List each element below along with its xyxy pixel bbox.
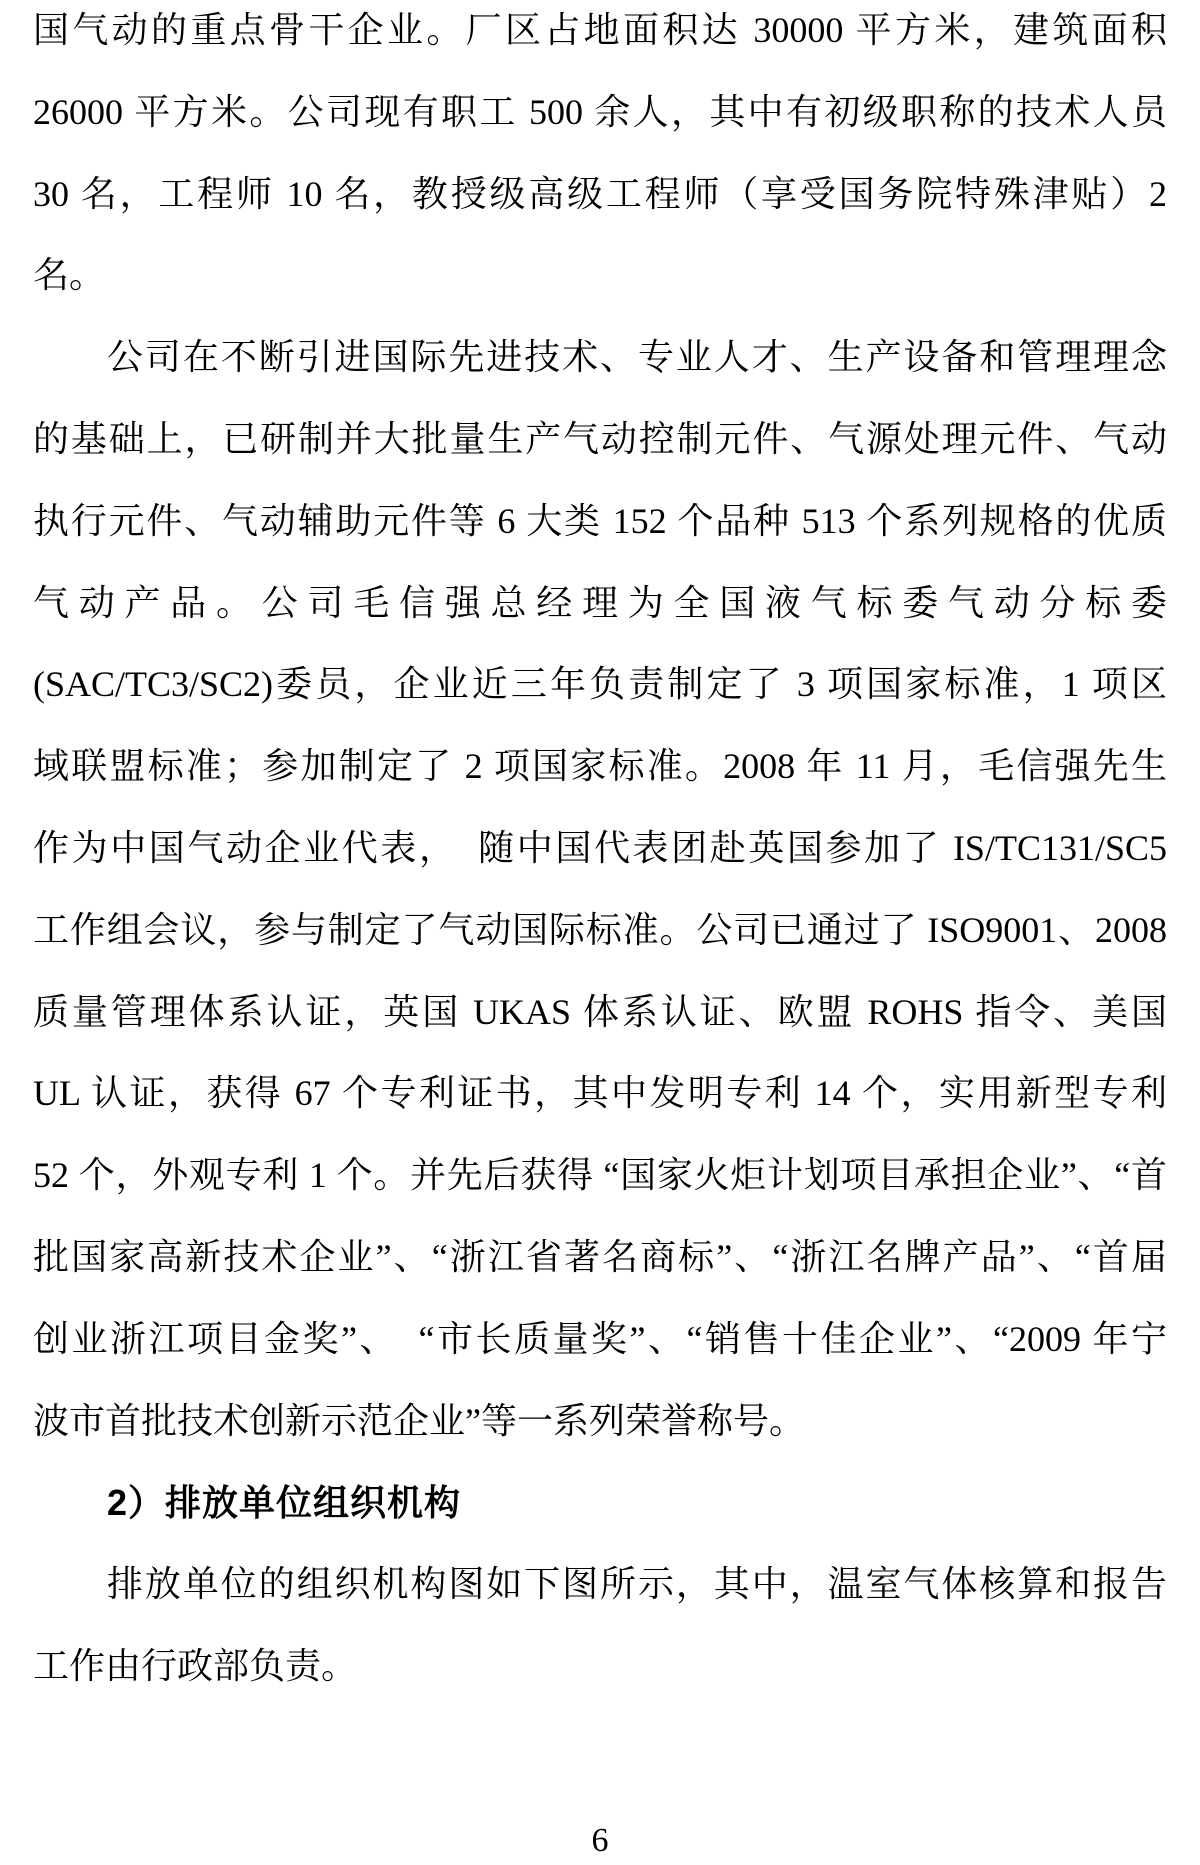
text-line: 26000 平方米。公司现有职工 500 余人，其中有初级职称的技术人员 [33, 72, 1167, 154]
text-line: 作为中国气动企业代表， 随中国代表团赴英国参加了 IS/TC131/SC5 [33, 808, 1167, 890]
text-line: 波市首批技术创新示范企业”等一系列荣誉称号。 [33, 1381, 1167, 1463]
text-line: 公司在不断引进国际先进技术、专业人才、生产设备和管理理念 [33, 317, 1167, 399]
text-line: 工作由行政部负责。 [33, 1626, 1167, 1708]
text-line: (SAC/TC3/SC2)委员，企业近三年负责制定了 3 项国家标准，1 项区 [33, 644, 1167, 726]
text-line: 52 个，外观专利 1 个。并先后获得 “国家火炬计划项目承担企业”、“首 [33, 1135, 1167, 1217]
text-line: 执行元件、气动辅助元件等 6 大类 152 个品种 513 个系列规格的优质 [33, 481, 1167, 563]
text-line: 国气动的重点骨干企业。厂区占地面积达 30000 平方米，建筑面积 [33, 0, 1167, 72]
text-line: 排放单位的组织机构图如下图所示，其中，温室气体核算和报告 [33, 1544, 1167, 1626]
text-line: 名。 [33, 235, 1167, 317]
text-line: 工作组会议，参与制定了气动国际标准。公司已通过了 ISO9001、2008 [33, 890, 1167, 972]
text-line: 质量管理体系认证，英国 UKAS 体系认证、欧盟 ROHS 指令、美国 [33, 972, 1167, 1054]
text-line: 30 名，工程师 10 名，教授级高级工程师（享受国务院特殊津贴）2 [33, 154, 1167, 236]
text-line: 的基础上，已研制并大批量生产气动控制元件、气源处理元件、气动 [33, 399, 1167, 481]
text-line: UL 认证，获得 67 个专利证书，其中发明专利 14 个，实用新型专利 [33, 1053, 1167, 1135]
text-line: 批国家高新技术企业”、“浙江省著名商标”、“浙江名牌产品”、“首届 [33, 1217, 1167, 1299]
text-line: 域联盟标准；参加制定了 2 项国家标准。2008 年 11 月，毛信强先生 [33, 726, 1167, 808]
document-body: 国气动的重点骨干企业。厂区占地面积达 30000 平方米，建筑面积 26000 … [33, 0, 1167, 1708]
document-page: 国气动的重点骨干企业。厂区占地面积达 30000 平方米，建筑面积 26000 … [0, 0, 1200, 1865]
section-heading: 2）排放单位组织机构 [33, 1462, 1167, 1544]
text-line: 气动产品。公司毛信强总经理为全国液气标委气动分标委 [33, 563, 1167, 645]
page-number: 6 [0, 1822, 1200, 1860]
text-line: 创业浙江项目金奖”、 “市长质量奖”、“销售十佳企业”、“2009 年宁 [33, 1299, 1167, 1381]
